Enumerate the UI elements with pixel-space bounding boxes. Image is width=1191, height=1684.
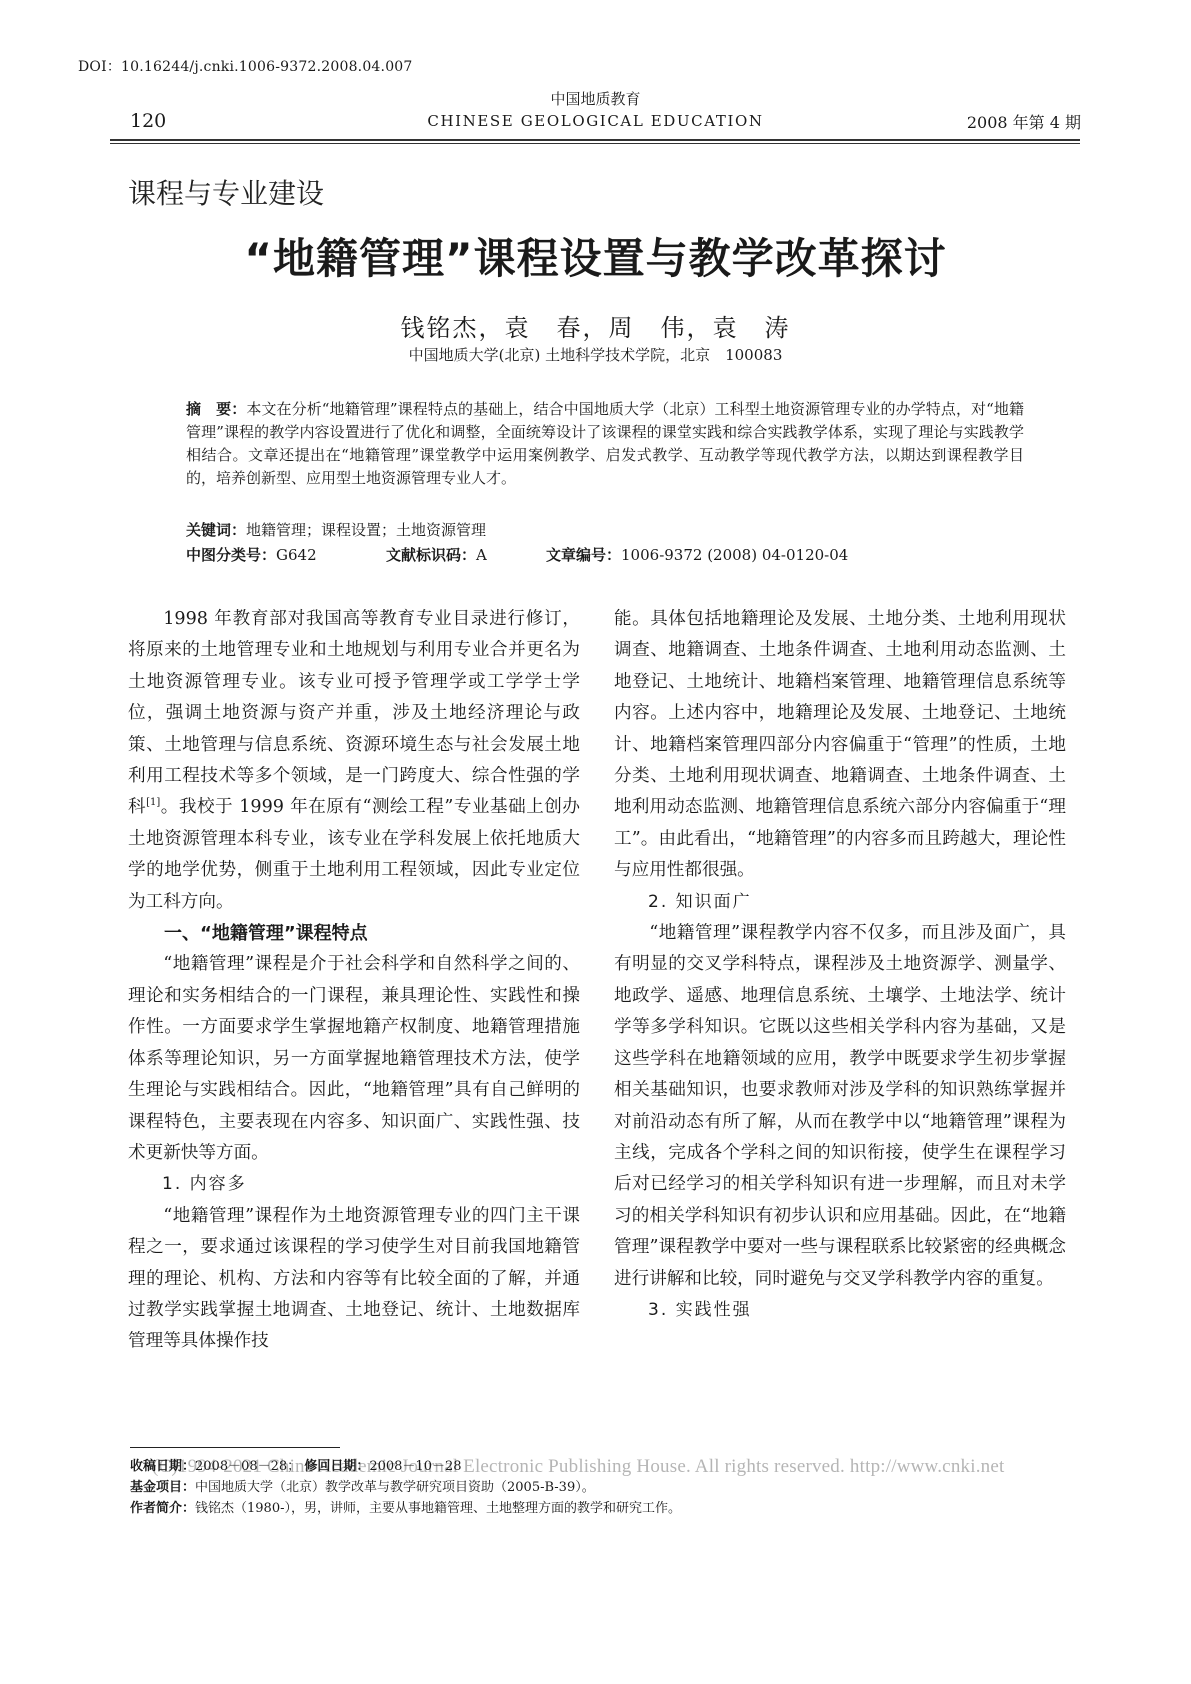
article-no-label: 文章编号： [546,546,621,564]
paragraph: 1998 年教育部对我国高等教育专业目录进行修订，将原来的土地管理专业和土地规划… [128,604,580,918]
affiliation: 中国地质大学(北京) 土地科学技术学院，北京 100083 [0,344,1191,365]
header-rule-thin [110,143,1080,144]
subsection-heading: 1. 内容多 [128,1169,580,1200]
clc-value: G642 [276,546,317,564]
subsection-heading: 3. 实践性强 [614,1295,1066,1326]
section-heading: 一、“地籍管理”课程特点 [128,918,580,949]
abstract-text: 本文在分析“地籍管理”课程特点的基础上，结合中国地质大学（北京）工科型土地资源管… [186,400,1024,487]
paragraph: “地籍管理”课程作为土地资源管理专业的四门主干课程之一，要求通过该课程的学习使学… [128,1201,580,1358]
keywords-label: 关键词： [186,521,246,539]
footnote-author: 作者简介：钱铭杰（1980-），男，讲师，主要从事地籍管理、土地整理方面的教学和… [130,1498,1030,1519]
issue-label: 2008 年第 4 期 [967,110,1081,133]
footnote-rule [130,1447,340,1448]
authors: 钱铭杰，袁 春，周 伟，袁 涛 [0,308,1191,343]
header-rule-thick [110,139,1080,141]
footnotes: 收稿日期：2008－08－28； 修回日期：2008－10－28 基金项目：中国… [130,1456,1030,1519]
doc-code-value: A [476,546,487,564]
abstract-label: 摘 要： [186,400,246,418]
doc-code-label: 文献标识码： [386,546,476,564]
citation-ref: [1] [146,798,160,809]
article-title: “地籍管理”课程设置与教学改革探讨 [0,226,1191,286]
body-column-left: 1998 年教育部对我国高等教育专业目录进行修订，将原来的土地管理专业和土地规划… [128,604,580,1358]
body-column-right: 能。具体包括地籍理论及发展、土地分类、土地利用现状调查、地籍调查、土地条件调查、… [614,604,1066,1326]
keywords: 关键词：地籍管理；课程设置；土地资源管理 [186,519,1024,540]
keywords-text: 地籍管理；课程设置；土地资源管理 [246,521,486,539]
column-label: 课程与专业建设 [128,172,324,212]
article-no-value: 1006-9372 (2008) 04-0120-04 [621,546,848,564]
classification-line: 中图分类号：G642文献标识码：A文章编号：1006-9372 (2008) 0… [186,544,1024,565]
paragraph: “地籍管理”课程是介于社会科学和自然科学之间的、理论和实务相结合的一门课程，兼具… [128,949,580,1169]
clc-label: 中图分类号： [186,546,276,564]
subsection-heading: 2. 知识面广 [614,887,1066,918]
footnote-fund: 基金项目：中国地质大学（北京）教学改革与教学研究项目资助（2005-B-39）。 [130,1477,1030,1498]
paragraph: 能。具体包括地籍理论及发展、土地分类、土地利用现状调查、地籍调查、土地条件调查、… [614,604,1066,887]
paragraph: “地籍管理”课程教学内容不仅多，而且涉及面广，具有明显的交叉学科特点，课程涉及土… [614,918,1066,1295]
doi: DOI：10.16244/j.cnki.1006-9372.2008.04.00… [78,56,413,76]
abstract: 摘 要：本文在分析“地籍管理”课程特点的基础上，结合中国地质大学（北京）工科型土… [186,398,1024,490]
footnote-dates: 收稿日期：2008－08－28； 修回日期：2008－10－28 [130,1456,1030,1477]
journal-name-cn: 中国地质教育 [0,88,1191,109]
